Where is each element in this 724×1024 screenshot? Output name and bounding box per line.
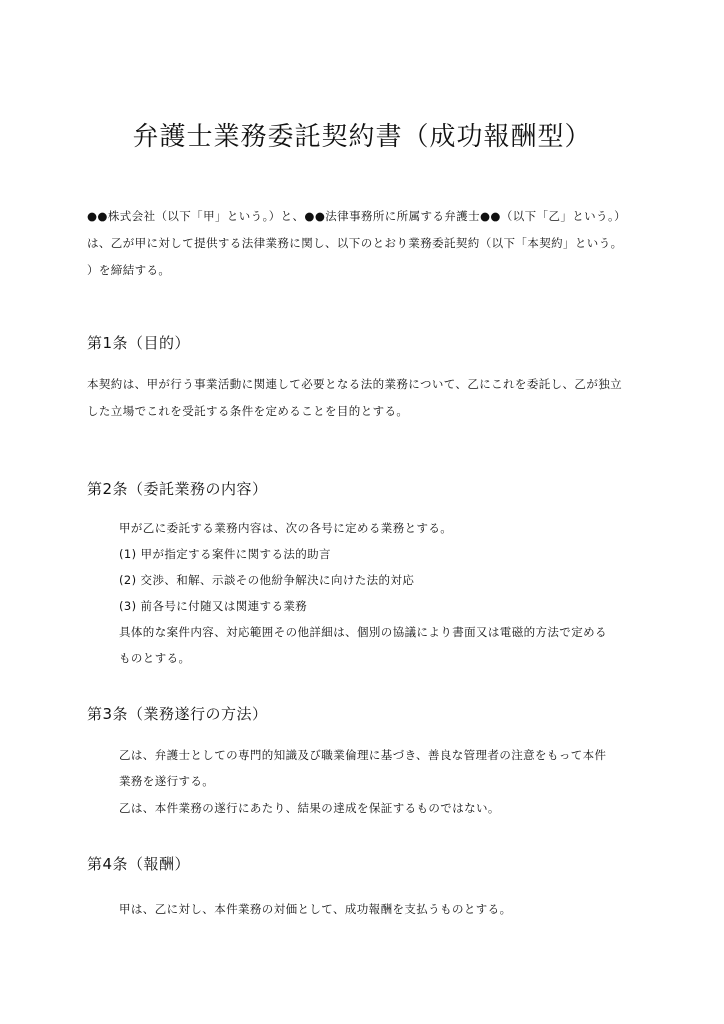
article-1-heading: 第1条（目的）: [87, 332, 190, 353]
article-2-item-2: (2) 交渉、和解、示談その他紛争解決に向けた法的対応: [119, 567, 414, 594]
article-3-heading: 第3条（業務遂行の方法）: [87, 703, 268, 724]
article-3-line: 乙は、本件業務の遂行にあたり、結果の達成を保証するものではない。: [119, 795, 500, 822]
article-3-line: 業務を遂行する。: [119, 768, 214, 795]
article-2-item-3: (3) 前各号に付随又は関連する業務: [119, 593, 307, 620]
article-1-line: した立場でこれを受託する条件を定めることを目的とする。: [87, 398, 408, 425]
article-2-line: 甲が乙に委託する業務内容は、次の各号に定める業務とする。: [119, 515, 452, 542]
article-4-line: 甲は、乙に対し、本件業務の対価として、成功報酬を支払うものとする。: [119, 896, 511, 923]
article-2-item-1: (1) 甲が指定する案件に関する法的助言: [119, 541, 331, 568]
article-4-heading: 第4条（報酬）: [87, 853, 190, 874]
preamble-line: ）を締結する。: [87, 257, 170, 284]
article-2-line: 具体的な案件内容、対応範囲その他詳細は、個別の協議により書面又は電磁的方法で定め…: [119, 619, 607, 646]
article-2-line: ものとする。: [119, 645, 190, 672]
article-3-line: 乙は、弁護士としての専門的知識及び職業倫理に基づき、善良な管理者の注意をもって本…: [119, 742, 606, 769]
preamble-line: ●●株式会社（以下「甲」という。）と、●●法律事務所に所属する弁護士●●（以下「…: [87, 203, 626, 230]
article-1-line: 本契約は、甲が行う事業活動に関連して必要となる法的業務について、乙にこれを委託し…: [87, 371, 622, 398]
document-title: 弁護士業務委託契約書（成功報酬型）: [0, 116, 724, 153]
article-2-heading: 第2条（委託業務の内容）: [87, 478, 268, 499]
preamble-line: は、乙が甲に対して提供する法律業務に関し、以下のとおり業務委託契約（以下「本契約…: [87, 230, 623, 257]
